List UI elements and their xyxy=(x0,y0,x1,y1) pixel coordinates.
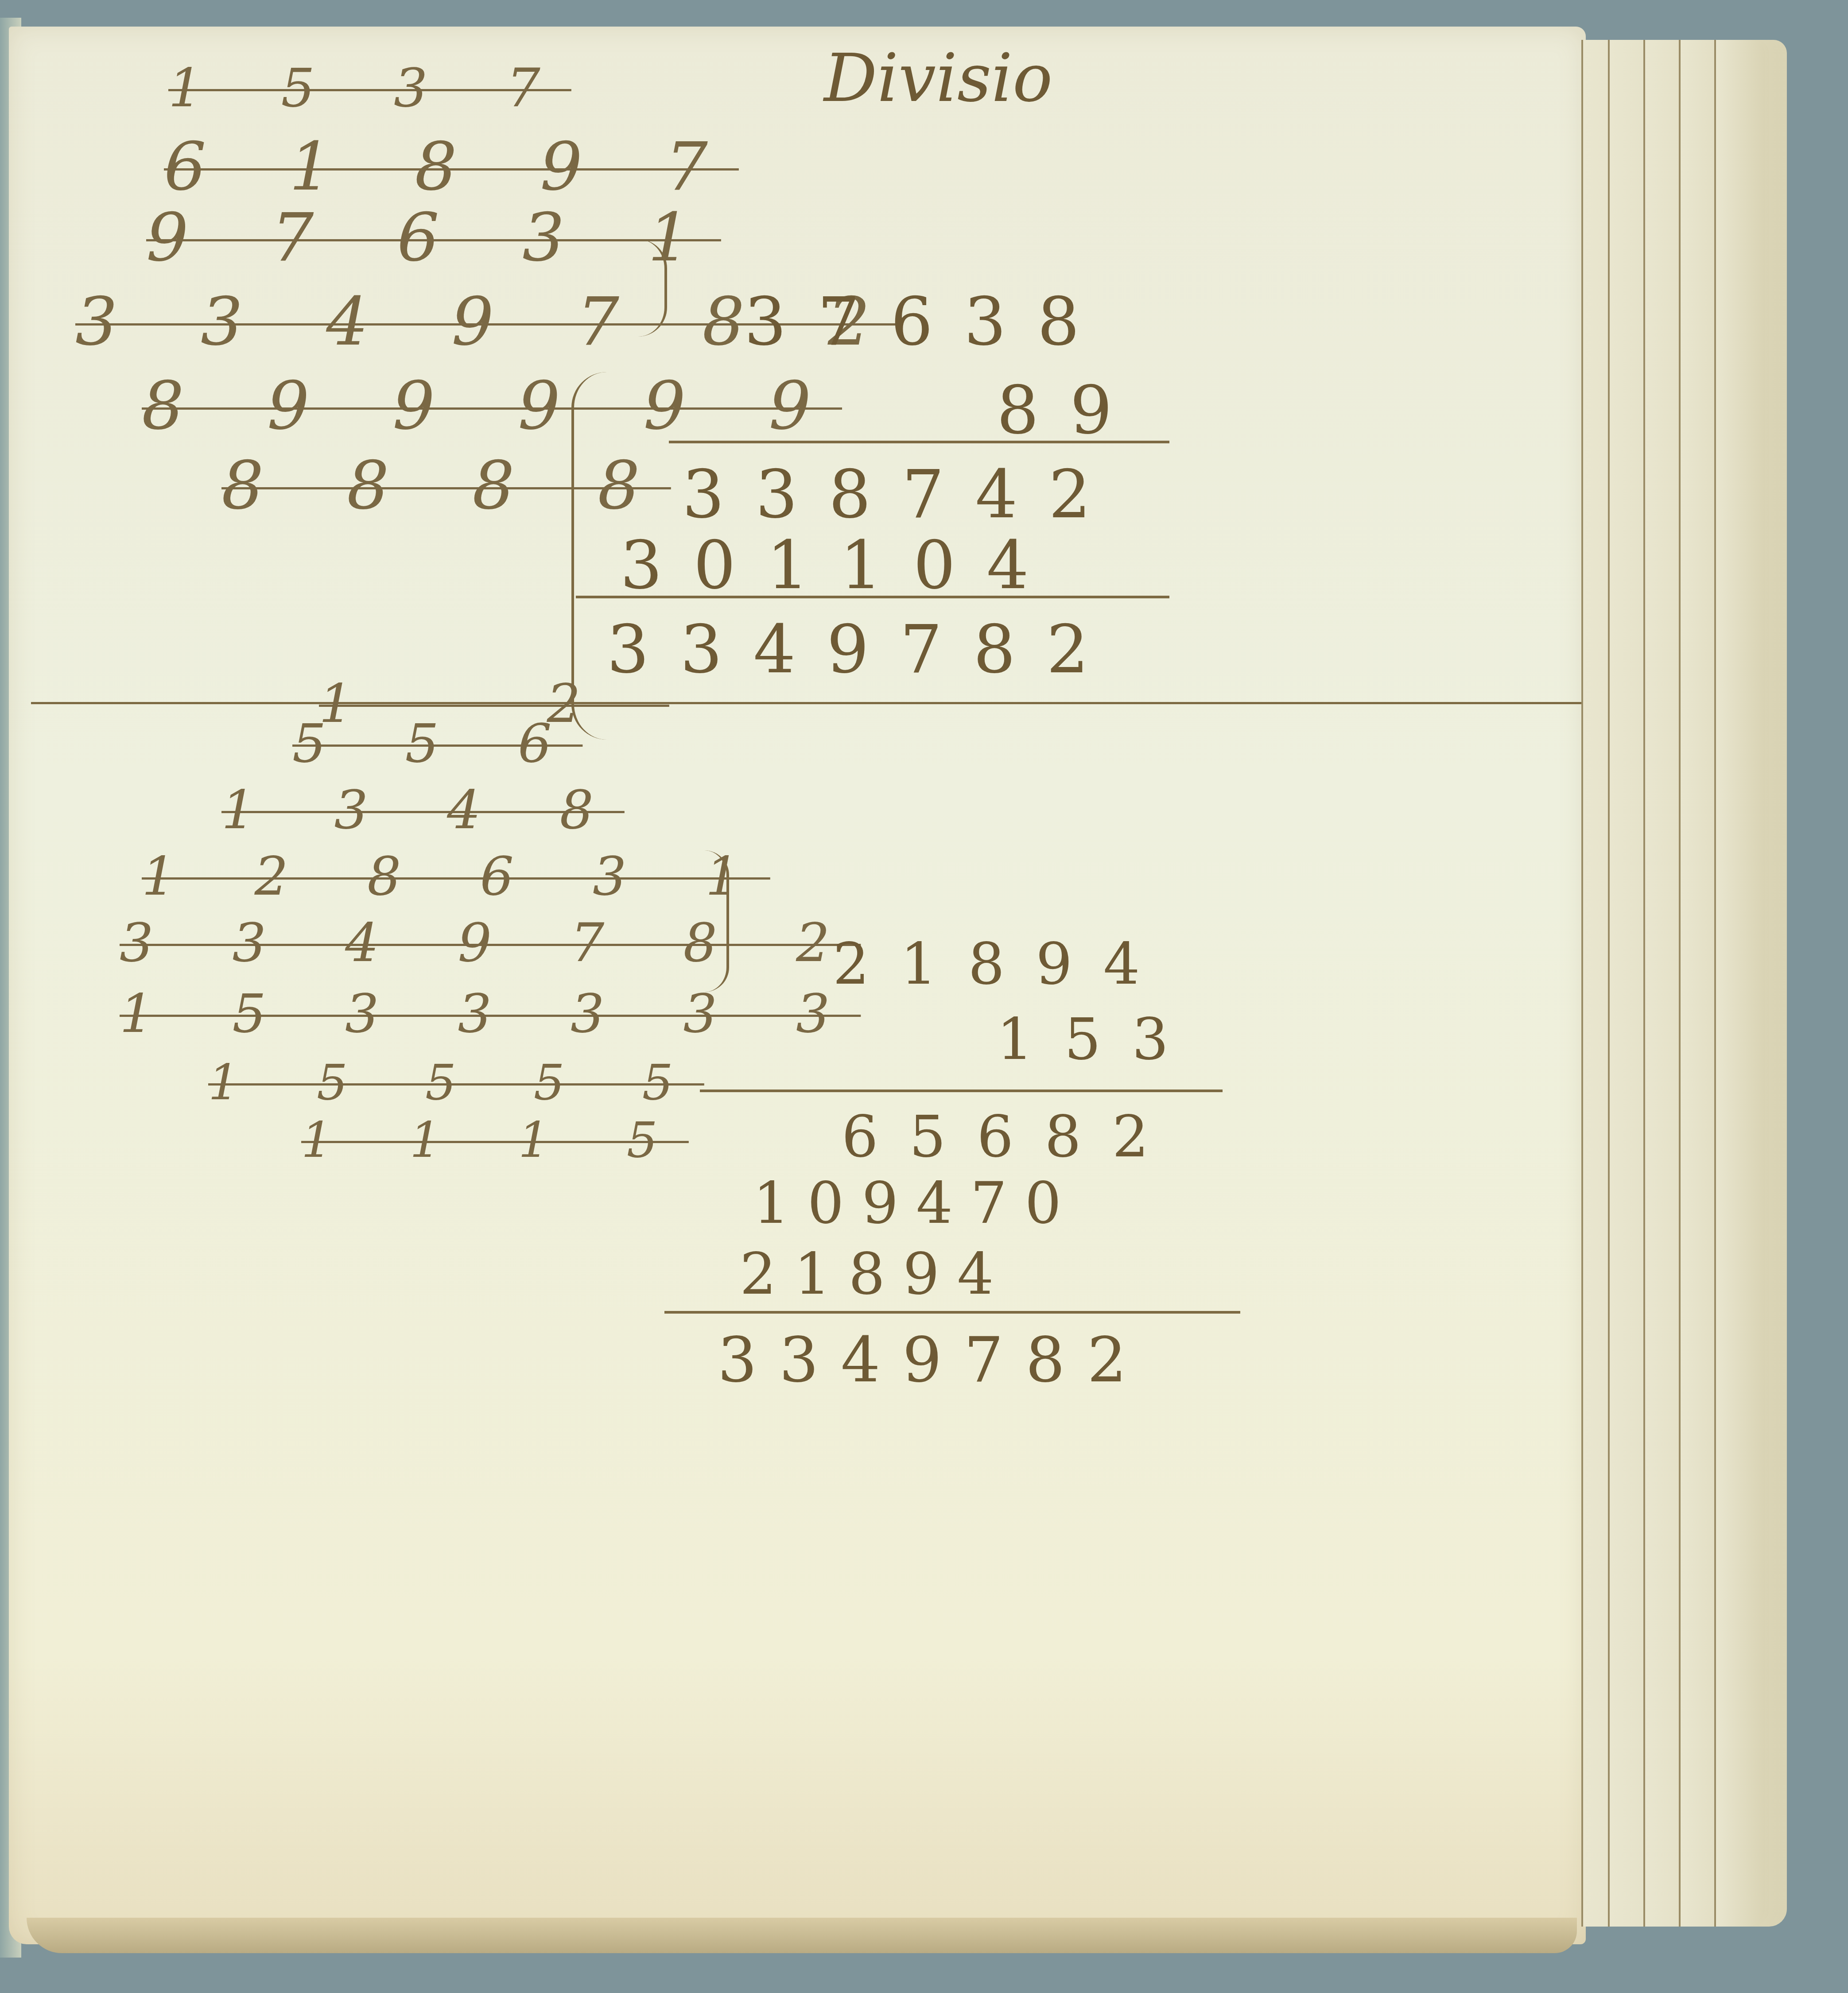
scratch-row: 1 3 4 8 xyxy=(221,779,625,841)
partial-product: 301104 xyxy=(620,527,1060,604)
scratch-row: 5 5 6 xyxy=(292,713,582,775)
scratch-row: 9 7 6 3 1 xyxy=(146,199,721,276)
sum-rule xyxy=(576,596,1169,598)
section-divider xyxy=(31,702,1581,704)
division-bracket xyxy=(704,850,729,992)
sum-rule xyxy=(669,441,1169,443)
partial-product: 21894 xyxy=(740,1240,1012,1307)
scratch-row: 6 1 8 9 7 xyxy=(164,128,739,206)
scratch-row: 1 5 3 3 3 3 3 xyxy=(120,983,861,1045)
divisor: 153 xyxy=(997,1005,1200,1073)
check-total: 3349782 xyxy=(607,611,1120,688)
scratch-row-dividend: 3 3 4 9 7 8 2 xyxy=(120,912,861,974)
scratch-row: 8 9 9 9 9 9 xyxy=(142,368,842,445)
scratch-row: 1 5 3 7 xyxy=(168,58,571,119)
partial-product: 338742 xyxy=(682,456,1122,533)
page-block-edges xyxy=(1581,40,1785,1927)
partial-product: 65682 xyxy=(842,1103,1180,1170)
partial-product: 109470 xyxy=(753,1169,1079,1237)
scratch-row: 1 5 5 5 5 xyxy=(208,1054,704,1111)
quotient: 37638 xyxy=(744,283,1110,361)
scratch-row: 1 1 1 5 xyxy=(301,1112,689,1168)
scratch-row: 1 2 8 6 3 1 xyxy=(142,846,770,907)
page-bottom-edge xyxy=(27,1918,1577,1953)
sum-rule xyxy=(700,1090,1223,1092)
quotient: 21894 xyxy=(833,930,1171,997)
sum-rule xyxy=(664,1311,1240,1314)
page-title: Divisio xyxy=(824,40,1052,117)
divisor: 89 xyxy=(997,372,1143,449)
division-bracket xyxy=(638,239,667,337)
check-total: 3349782 xyxy=(718,1324,1149,1396)
